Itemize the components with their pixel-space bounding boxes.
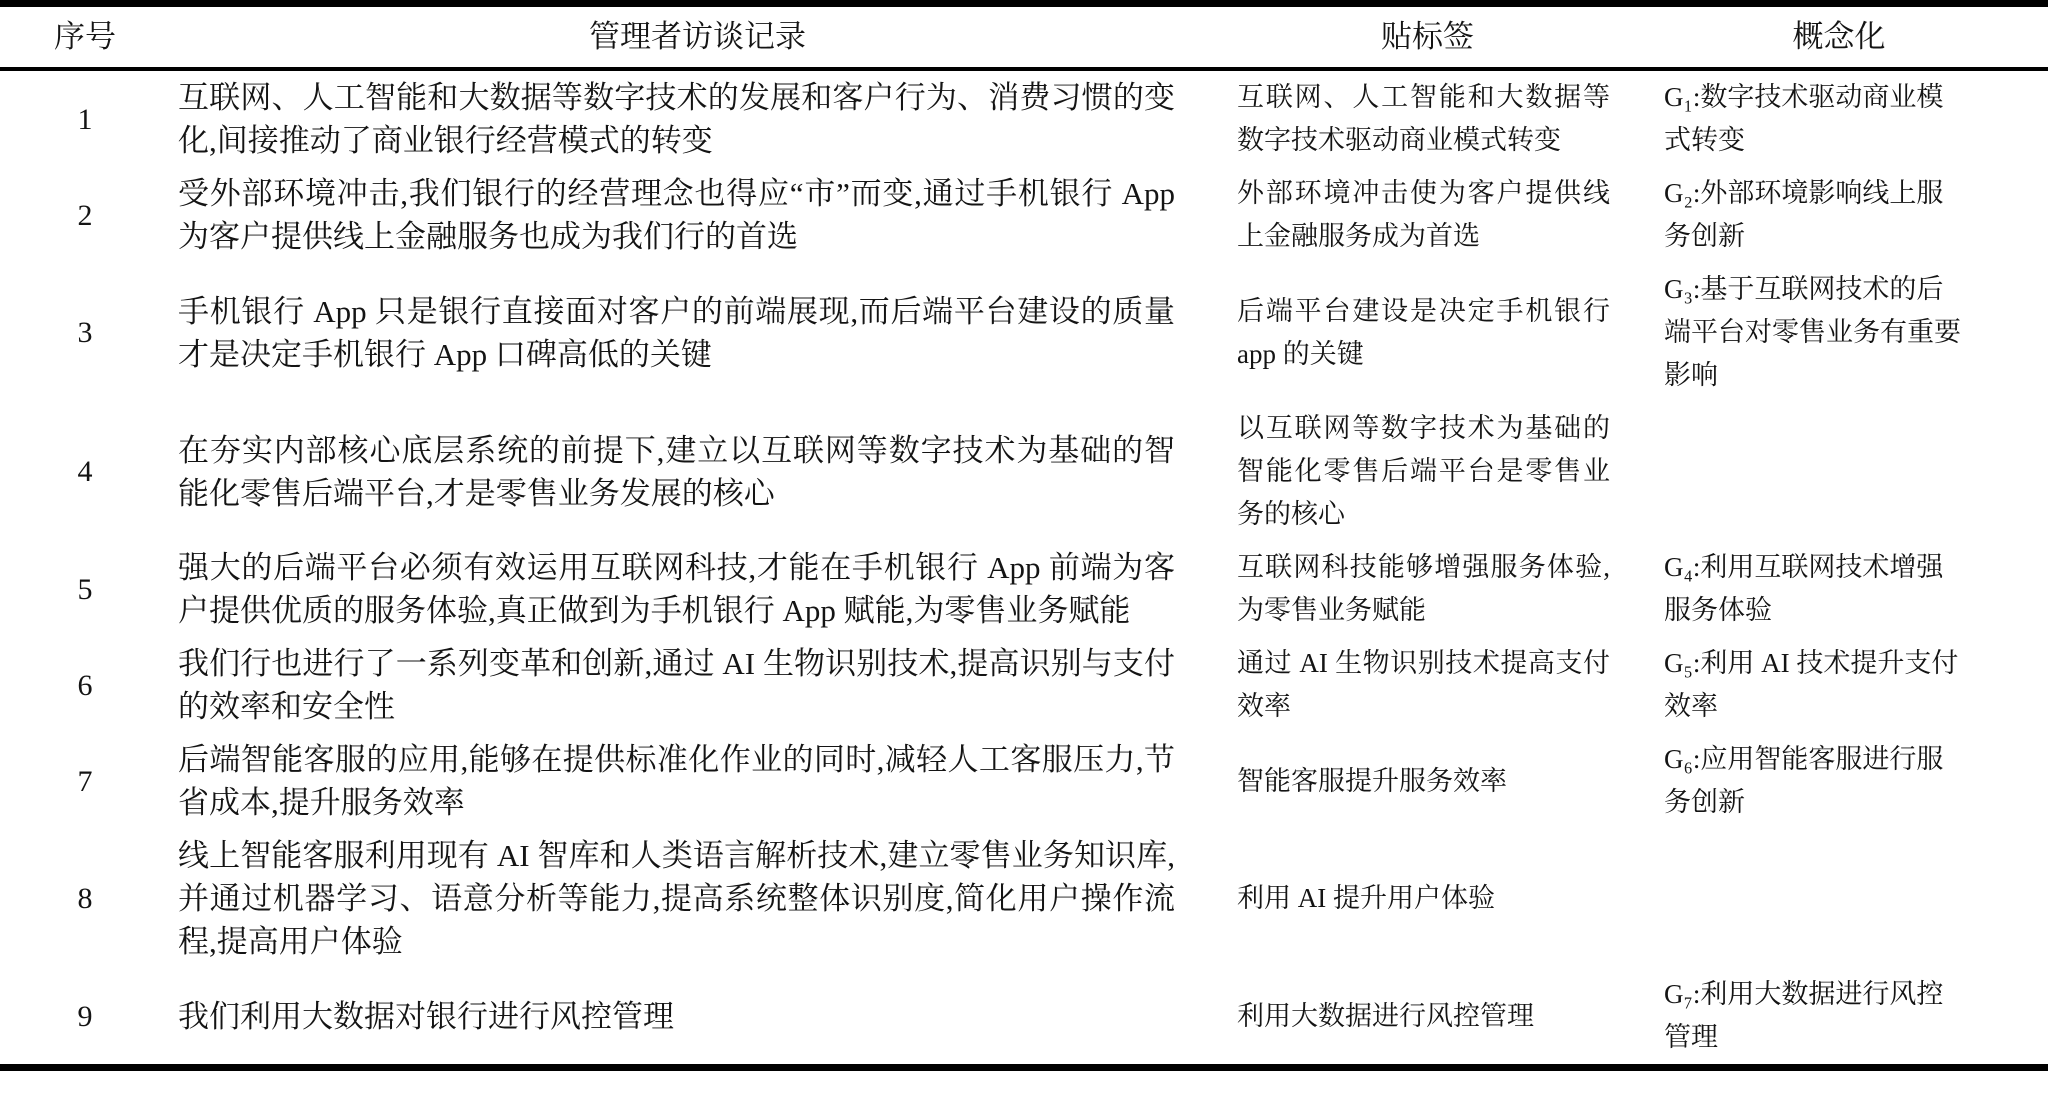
label-cell: 后端平台建设是决定手机银行 app 的关键 xyxy=(1225,263,1630,402)
concept-cell xyxy=(1630,829,2048,968)
interview-record-cell: 在夯实内部核心底层系统的前提下,建立以互联网等数字技术为基础的智能化零售后端平台… xyxy=(170,402,1225,541)
label-cell: 外部环境冲击使为客户提供线上金融服务成为首选 xyxy=(1225,167,1630,263)
concept-cell: G₄:利用互联网技术增强服务体验 xyxy=(1630,541,2048,637)
row-number-cell: 9 xyxy=(0,968,170,1068)
column-header-no: 序号 xyxy=(0,4,170,70)
concept-cell: G₂:外部环境影响线上服务创新 xyxy=(1630,167,2048,263)
table-row: 6 我们行也进行了一系列变革和创新,通过 AI 生物识别技术,提高识别与支付的效… xyxy=(0,637,2048,733)
table-row: 4 在夯实内部核心底层系统的前提下,建立以互联网等数字技术为基础的智能化零售后端… xyxy=(0,402,2048,541)
interview-record-cell: 强大的后端平台必须有效运用互联网科技,才能在手机银行 App 前端为客户提供优质… xyxy=(170,541,1225,637)
interview-record-cell: 线上智能客服利用现有 AI 智库和人类语言解析技术,建立零售业务知识库,并通过机… xyxy=(170,829,1225,968)
paper-table-page: { "colors": { "background": "#ffffff", "… xyxy=(0,0,2048,1120)
row-number-cell: 2 xyxy=(0,167,170,263)
row-number-cell: 3 xyxy=(0,263,170,402)
interview-record-cell: 后端智能客服的应用,能够在提供标准化作业的同时,减轻人工客服压力,节省成本,提升… xyxy=(170,733,1225,829)
column-header-concept: 概念化 xyxy=(1630,4,2048,70)
row-number-cell: 1 xyxy=(0,69,170,167)
label-cell: 互联网科技能够增强服务体验,为零售业务赋能 xyxy=(1225,541,1630,637)
concept-cell: G₃:基于互联网技术的后端平台对零售业务有重要影响 xyxy=(1630,263,2048,402)
table-row: 9 我们利用大数据对银行进行风控管理 利用大数据进行风控管理 G₇:利用大数据进… xyxy=(0,968,2048,1068)
column-header-record: 管理者访谈记录 xyxy=(170,4,1225,70)
column-header-label: 贴标签 xyxy=(1225,4,1630,70)
label-cell: 以互联网等数字技术为基础的智能化零售后端平台是零售业务的核心 xyxy=(1225,402,1630,541)
label-cell: 互联网、人工智能和大数据等数字技术驱动商业模式转变 xyxy=(1225,69,1630,167)
table-row: 7 后端智能客服的应用,能够在提供标准化作业的同时,减轻人工客服压力,节省成本,… xyxy=(0,733,2048,829)
row-number-cell: 4 xyxy=(0,402,170,541)
table-header-row: 序号 管理者访谈记录 贴标签 概念化 xyxy=(0,4,2048,70)
row-number-cell: 5 xyxy=(0,541,170,637)
open-coding-table: 序号 管理者访谈记录 贴标签 概念化 1 互联网、人工智能和大数据等数字技术的发… xyxy=(0,0,2048,1071)
row-number-cell: 8 xyxy=(0,829,170,968)
table-row: 5 强大的后端平台必须有效运用互联网科技,才能在手机银行 App 前端为客户提供… xyxy=(0,541,2048,637)
interview-record-cell: 手机银行 App 只是银行直接面对客户的前端展现,而后端平台建设的质量才是决定手… xyxy=(170,263,1225,402)
row-number-cell: 7 xyxy=(0,733,170,829)
label-cell: 智能客服提升服务效率 xyxy=(1225,733,1630,829)
concept-cell: G₇:利用大数据进行风控管理 xyxy=(1630,968,2048,1068)
table-row: 8 线上智能客服利用现有 AI 智库和人类语言解析技术,建立零售业务知识库,并通… xyxy=(0,829,2048,968)
label-cell: 通过 AI 生物识别技术提高支付效率 xyxy=(1225,637,1630,733)
interview-record-cell: 我们行也进行了一系列变革和创新,通过 AI 生物识别技术,提高识别与支付的效率和… xyxy=(170,637,1225,733)
label-cell: 利用大数据进行风控管理 xyxy=(1225,968,1630,1068)
interview-record-cell: 受外部环境冲击,我们银行的经营理念也得应“市”而变,通过手机银行 App 为客户… xyxy=(170,167,1225,263)
interview-record-cell: 我们利用大数据对银行进行风控管理 xyxy=(170,968,1225,1068)
concept-cell: G₆:应用智能客服进行服务创新 xyxy=(1630,733,2048,829)
concept-cell: G₁:数字技术驱动商业模式转变 xyxy=(1630,69,2048,167)
concept-cell: G₅:利用 AI 技术提升支付效率 xyxy=(1630,637,2048,733)
row-number-cell: 6 xyxy=(0,637,170,733)
interview-record-cell: 互联网、人工智能和大数据等数字技术的发展和客户行为、消费习惯的变化,间接推动了商… xyxy=(170,69,1225,167)
table-row: 2 受外部环境冲击,我们银行的经营理念也得应“市”而变,通过手机银行 App 为… xyxy=(0,167,2048,263)
label-cell: 利用 AI 提升用户体验 xyxy=(1225,829,1630,968)
concept-cell xyxy=(1630,402,2048,541)
table-row: 1 互联网、人工智能和大数据等数字技术的发展和客户行为、消费习惯的变化,间接推动… xyxy=(0,69,2048,167)
table-row: 3 手机银行 App 只是银行直接面对客户的前端展现,而后端平台建设的质量才是决… xyxy=(0,263,2048,402)
